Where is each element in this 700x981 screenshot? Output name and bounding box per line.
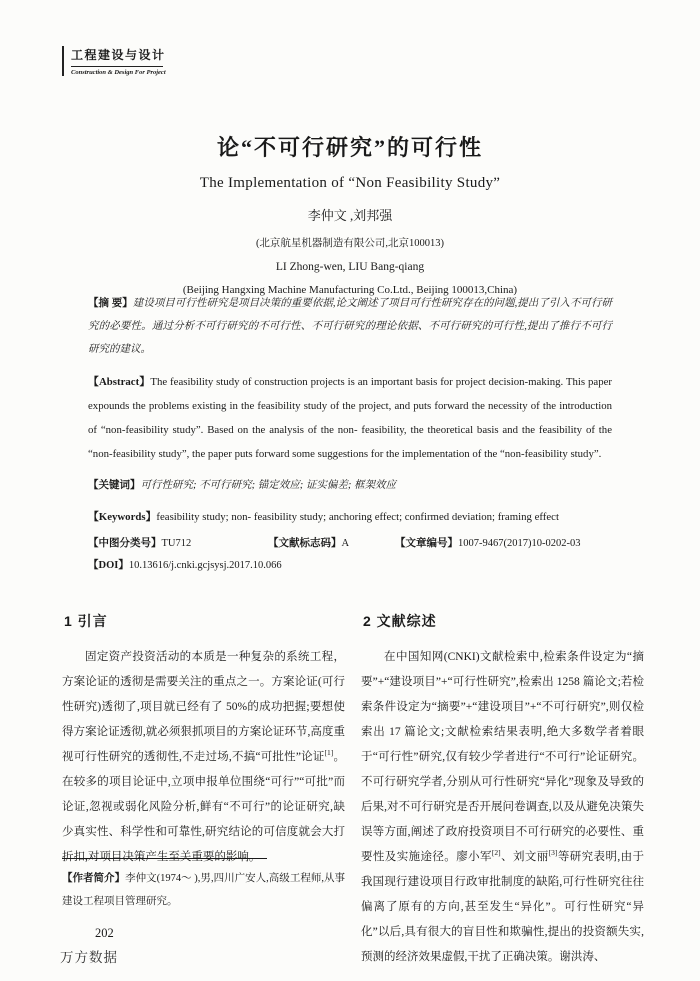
- author-bio-footnote: 【作者简介】李仲文(1974～ ),男,四川广安人,高级工程师,从事建设工程项目…: [62, 858, 345, 913]
- body-columns: 1 引言 固定资产投资活动的本质是一种复杂的系统工程，方案论证的透彻是需要关注的…: [62, 605, 644, 970]
- authors-zh: 李仲文 ,刘邦强: [0, 205, 700, 224]
- keywords-zh: 【关键词】可行性研究; 不可行研究; 锚定效应; 证实偏差; 框架效应: [88, 475, 612, 497]
- footnote-divider: [62, 858, 267, 859]
- section-1-heading: 1 引言: [64, 611, 345, 631]
- journal-name-zh: 工程建设与设计: [71, 46, 163, 67]
- abstract-zh-label: 【摘 要】: [88, 298, 133, 309]
- document-code: 【文献标志码】A: [268, 533, 395, 555]
- author-bio-text: 【作者简介】李仲文(1974～ ),男,四川广安人,高级工程师,从事建设工程项目…: [62, 867, 345, 913]
- meta-block: 【摘 要】建设项目可行性研究是项目决策的重要依据,论文阐述了项目可行性研究存在的…: [88, 292, 612, 577]
- title-block: 论“不可行研究”的可行性 The Implementation of “Non …: [0, 131, 700, 296]
- authors-en: LI Zhong-wen, LIU Bang-qiang: [0, 261, 700, 273]
- paper-title-zh: 论“不可行研究”的可行性: [0, 131, 700, 162]
- page-number: 202: [95, 926, 114, 941]
- doi-value: 10.13616/j.cnki.gcjsysj.2017.10.066: [129, 560, 282, 571]
- wanfang-watermark: 万方数据: [60, 946, 118, 966]
- reference-mark-2: [2]: [492, 848, 501, 857]
- author-bio-label: 【作者简介】: [62, 873, 125, 884]
- clc-number: 【中图分类号】TU712: [88, 533, 268, 555]
- article-id: 【文章编号】1007-9467(2017)10-0202-03: [395, 538, 580, 549]
- keywords-zh-text: 可行性研究; 不可行研究; 锚定效应; 证实偏差; 框架效应: [141, 480, 397, 491]
- classification-row: 【中图分类号】TU712【文献标志码】A【文章编号】1007-9467(2017…: [88, 533, 612, 555]
- journal-name-en: Construction & Design For Project: [71, 67, 166, 76]
- right-column: 2 文献综述 在中国知网(CNKI)文献检索中,检索条件设定为“摘要”+“建设项…: [361, 605, 644, 970]
- reference-mark-1: [1]: [325, 748, 334, 757]
- paper-page: 工程建设与设计 Construction & Design For Projec…: [0, 0, 700, 981]
- keywords-en-text: feasibility study; non- feasibility stud…: [156, 511, 559, 523]
- keywords-en-label: 【Keywords】: [88, 511, 156, 523]
- affiliation-zh: (北京航星机器制造有限公司,北京100013): [0, 235, 700, 250]
- abstract-en-label: 【Abstract】: [88, 376, 150, 388]
- left-column: 1 引言 固定资产投资活动的本质是一种复杂的系统工程，方案论证的透彻是需要关注的…: [62, 605, 345, 970]
- section-1-paragraph: 固定资产投资活动的本质是一种复杂的系统工程，方案论证的透彻是需要关注的重点之一。…: [62, 645, 345, 870]
- section-2-heading: 2 文献综述: [363, 611, 644, 631]
- abstract-en: 【Abstract】The feasibility study of const…: [88, 370, 612, 466]
- doi-row: 【DOI】10.13616/j.cnki.gcjsysj.2017.10.066: [88, 555, 612, 577]
- abstract-zh-text: 建设项目可行性研究是项目决策的重要依据,论文阐述了项目可行性研究存在的问题,提出…: [88, 298, 612, 355]
- journal-logo: 工程建设与设计 Construction & Design For Projec…: [62, 46, 166, 76]
- doi-label: 【DOI】: [88, 560, 129, 571]
- keywords-en: 【Keywords】feasibility study; non- feasib…: [88, 506, 612, 528]
- section-2-paragraph: 在中国知网(CNKI)文献检索中,检索条件设定为“摘要”+“建设项目”+“可行性…: [361, 645, 644, 970]
- abstract-en-text: The feasibility study of construction pr…: [88, 376, 612, 460]
- paper-title-en: The Implementation of “Non Feasibility S…: [0, 175, 700, 192]
- abstract-zh: 【摘 要】建设项目可行性研究是项目决策的重要依据,论文阐述了项目可行性研究存在的…: [88, 292, 612, 361]
- keywords-zh-label: 【关键词】: [88, 480, 141, 491]
